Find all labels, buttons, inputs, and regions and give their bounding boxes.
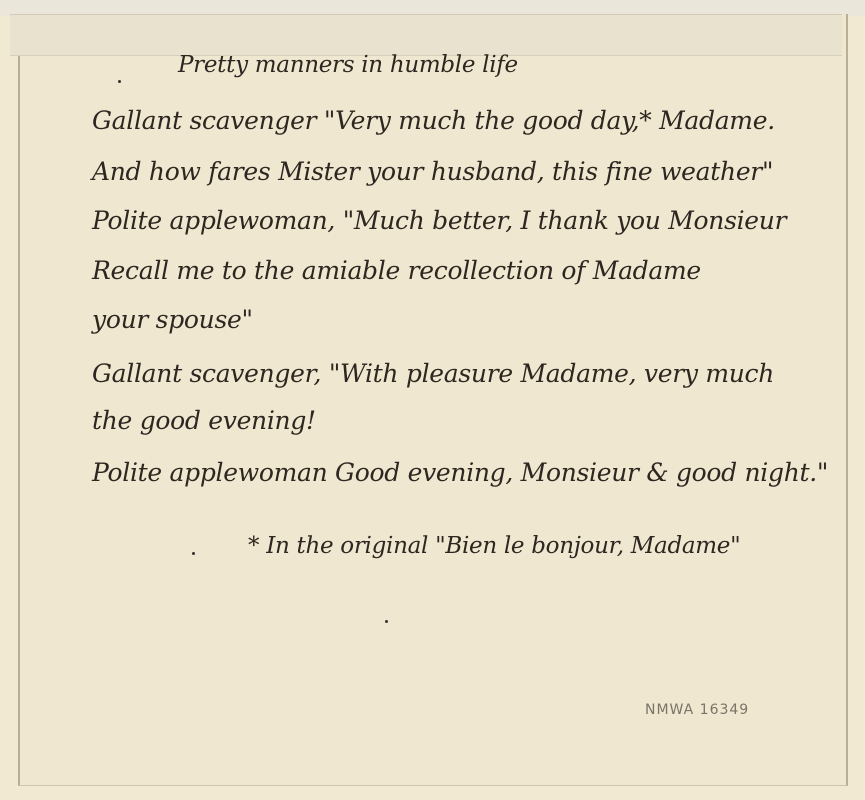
ink-speck [192,552,195,555]
ink-speck [118,80,121,83]
text-line-6: Gallant scavenger, "With pleasure Madame… [92,359,774,388]
catalog-number: NMWA 16349 [645,702,749,718]
text-line-7: the good evening! [92,406,316,435]
ink-speck [385,620,388,623]
page-title: Pretty manners in humble life [178,52,518,78]
text-line-8: Polite applewoman Good evening, Monsieur… [92,458,828,487]
footnote: * In the original "Bien le bonjour, Mada… [248,533,740,559]
text-line-2: And how fares Mister your husband, this … [92,157,773,186]
text-line-3: Polite applewoman, "Much better, I thank… [92,206,786,235]
text-line-4: Recall me to the amiable recollection of… [92,256,701,285]
mounting-strip [10,14,842,56]
text-line-5: your spouse" [92,305,253,334]
text-line-1: Gallant scavenger "Very much the good da… [92,106,775,135]
